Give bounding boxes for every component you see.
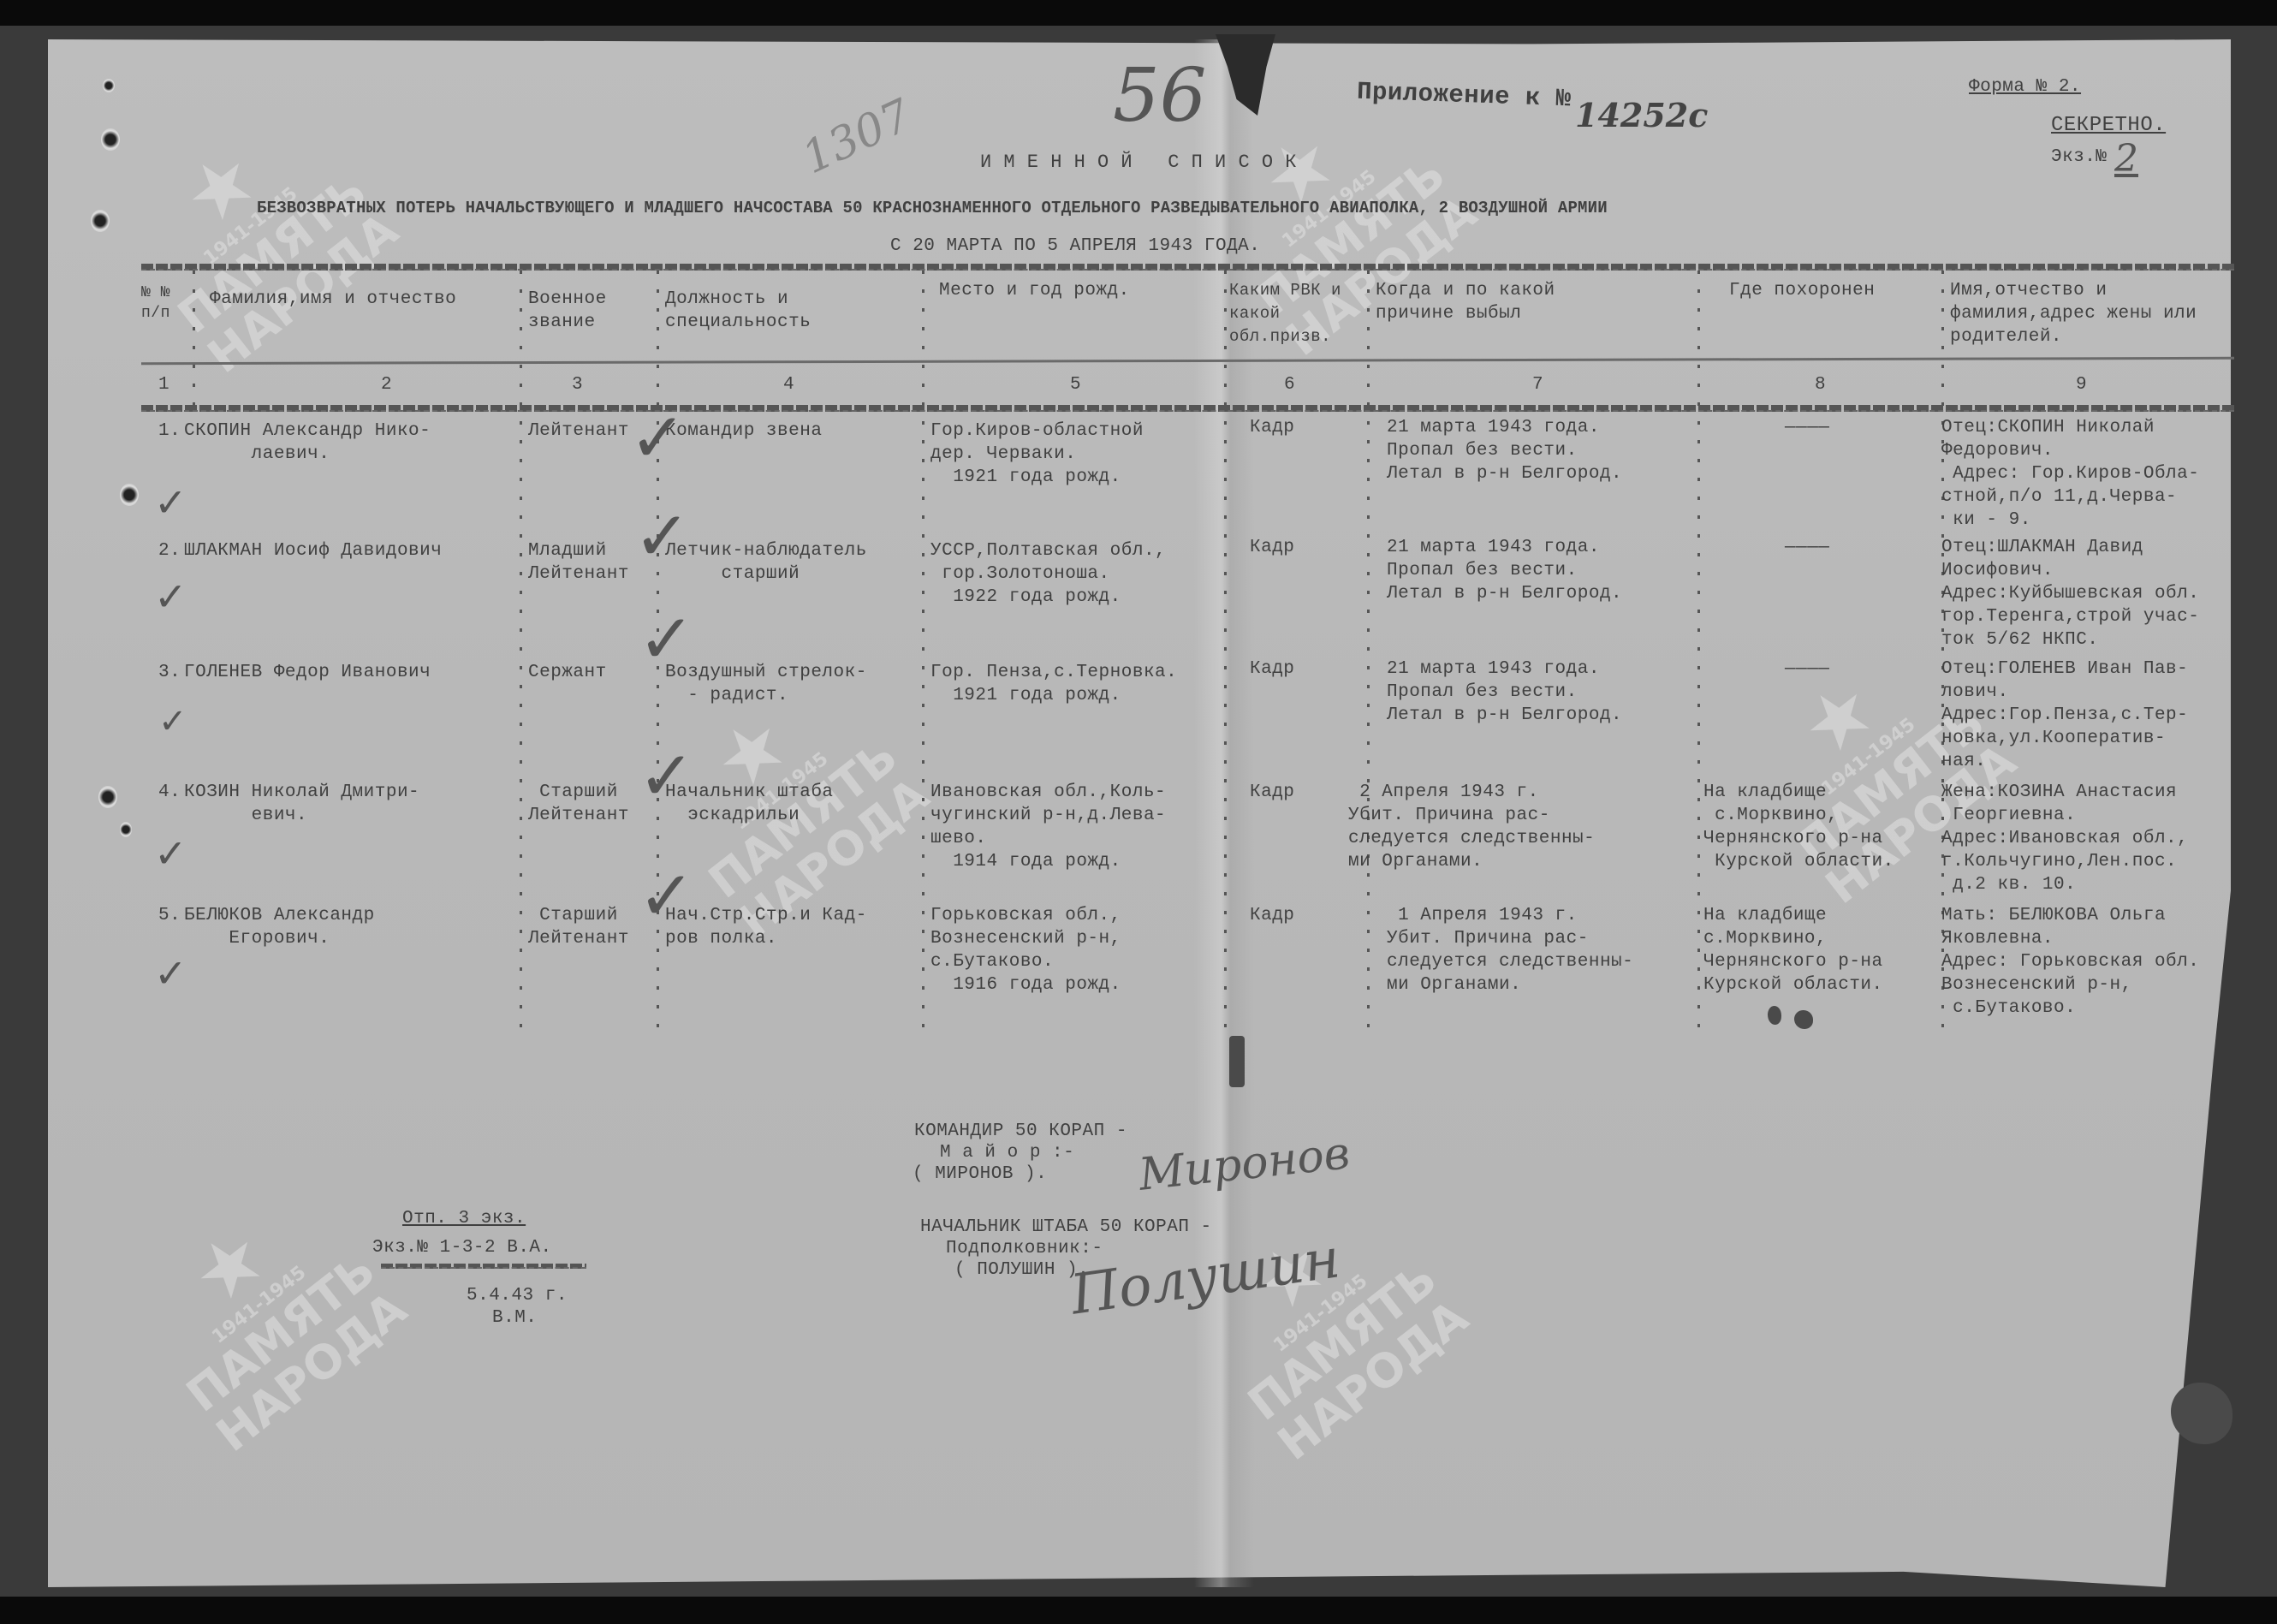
ink-blot [1794,1010,1813,1029]
column-header-8: Где похоронен [1729,279,1875,302]
column-number-4: 4 [783,373,794,396]
row-rank: Старший Лейтенант [528,781,629,827]
row-number: 5. [158,904,181,927]
check-mark-icon: ✓ [154,830,187,877]
copy-number: 2 [2114,137,2138,181]
commander-name: ( МИРОНОВ ). [913,1163,1047,1186]
row-rank: Старший Лейтенант [528,904,629,950]
row-name: СКОПИН Александр Нико- лаевич. [184,419,431,466]
row-birth: Гор. Пенза,с.Терновка. 1921 года рожд. [930,661,1177,707]
column-number-8: 8 [1815,373,1826,396]
commander-rank: М а й о р :- [940,1141,1074,1164]
document-period: С 20 МАРТА ПО 5 АПРЕЛЯ 1943 ГОДА. [890,235,1260,258]
check-mark-icon: ✓ [154,574,187,620]
appendix-number: 14252с [1575,96,1708,134]
column-divider [1367,271,1370,1041]
row-buried: ———— [1785,536,1829,559]
column-divider [1697,271,1700,1041]
row-relatives: Мать: БЕЛЮКОВА Ольга Яковлевна. Адрес: Г… [1941,904,2199,1020]
column-number-1: 1 [158,373,169,396]
row-draft: Кадр [1250,904,1294,927]
row-relatives: Жена:КОЗИНА Анастасия Георгиевна. Адрес:… [1941,781,2188,896]
document-subtitle: БЕЗВОЗВРАТНЫХ ПОТЕРЬ НАЧАЛЬСТВУЮЩЕГО И М… [257,197,1608,220]
table-top-rule [141,264,2234,271]
row-rank: Сержант [528,661,607,684]
row-number: 4. [158,781,181,804]
punch-hole [120,484,139,506]
row-buried: На кладбище с.Морквино, Чернянского р-на… [1703,781,1894,873]
column-number-3: 3 [572,373,583,396]
check-mark-icon: ✓ [154,479,187,526]
row-birth: УССР,Полтавская обл., гор.Золотоноша. 19… [930,539,1166,609]
row-rank: Лейтенант [528,419,629,443]
row-name: КОЗИН Николай Дмитри- евич. [184,781,419,827]
copies-distribution: Экз.№ 1-3-2 В.А. [372,1236,552,1259]
row-birth: Гор.Киров-областной дер. Черваки. 1921 г… [930,419,1144,489]
row-relatives: Отец:ШЛАКМАН Давид Иосифович. Адрес:Куйб… [1941,536,2199,651]
commander-title: КОМАНДИР 50 КОРАП - [914,1120,1127,1143]
check-mark-icon: ✓ [638,599,695,679]
column-number-7: 7 [1532,373,1543,396]
punch-hole [101,128,120,151]
column-header-4: Должность и специальность [665,288,862,334]
row-rank: Младший Лейтенант [528,539,629,586]
row-number: 3. [158,661,181,684]
column-number-5: 5 [1070,373,1081,396]
row-position: Летчик-наблюдатель старший [665,539,867,586]
secrecy-stamp: СЕКРЕТНО. [2051,114,2166,137]
chief-of-staff-title: НАЧАЛЬНИК ШТАБА 50 КОРАП - [920,1216,1212,1239]
row-draft: Кадр [1250,536,1294,559]
copy-label: Экз.№ [2051,146,2108,169]
column-divider [922,271,924,1041]
check-mark-icon: ✓ [638,856,695,936]
row-when: 21 марта 1943 года. Пропал без вести. Ле… [1387,536,1622,605]
check-mark-icon: ✓ [629,398,687,478]
check-mark-icon: ✓ [638,736,695,816]
row-position: Командир звена [665,419,822,443]
column-header-5: Место и год рожд. [939,279,1130,302]
column-header-3: Военное звание [528,288,652,334]
row-draft: Кадр [1250,657,1294,681]
row-relatives: Отец:ГОЛЕНЕВ Иван Пав- лович. Адрес:Гор.… [1941,657,2188,773]
punch-hole [91,210,110,232]
row-buried: На кладбище с.Морквино, Чернянского р-на… [1703,904,1883,996]
ink-blot [1229,1036,1245,1087]
ink-blot [2171,1383,2232,1444]
punch-hole [120,822,132,837]
column-header-7: Когда и по какой причине выбыл [1376,279,1598,325]
row-number: 2. [158,539,181,562]
column-number-9: 9 [2076,373,2087,396]
punch-hole [103,79,115,92]
row-number: 1. [158,419,181,443]
row-name: ШЛАКМАН Иосиф Давидович [184,539,442,562]
row-draft: Кадр [1250,416,1294,439]
column-header-9: Имя,отчество и фамилия,адрес жены или ро… [1950,279,2232,348]
row-name: БЕЛЮКОВ Александр Егорович. [184,904,375,950]
row-when: 2 Апреля 1943 г. Убит. Причина рас- след… [1348,781,1595,873]
column-divider [520,271,522,1041]
column-number-2: 2 [381,373,392,396]
row-position: Воздушный стрелок- - радист. [665,661,867,707]
row-when: 21 марта 1943 года. Пропал без вести. Ле… [1387,416,1622,485]
note-initials: В.М. [492,1306,537,1330]
row-birth: Ивановская обл.,Коль- чугинский р-н,д.Ле… [930,781,1166,873]
note-rule [381,1264,586,1269]
column-divider [1224,271,1227,1041]
check-mark-icon: ✓ [633,497,691,576]
check-mark-icon: ✓ [154,950,187,996]
row-when: 1 Апреля 1943 г. Убит. Причина рас- след… [1387,904,1633,996]
header-bottom-rule [141,405,2234,412]
handwritten-page-number: 56 [1113,53,1206,139]
check-mark-icon: ✓ [158,702,187,741]
row-position: Нач.Стр.Стр.и Кад- ров полка. [665,904,867,950]
ink-blot [1768,1006,1781,1025]
row-relatives: Отец:СКОПИН Николай Федорович. Адрес: Го… [1941,416,2199,532]
appendix-label: Приложение к № [1357,80,1572,111]
form-number: Форма № 2. [1969,75,2081,98]
document-title: И М Е Н Н О Й С П И С О К [980,151,1297,174]
chief-of-staff-rank: Подполковник:- [946,1237,1103,1260]
row-buried: ———— [1785,416,1829,439]
column-header-6: Каким РВК и какой обл.призв. [1229,279,1366,348]
note-date: 5.4.43 г. [467,1284,568,1307]
punch-hole [98,786,117,808]
column-header-1: № № п/п [141,283,193,324]
row-buried: ———— [1785,657,1829,681]
row-when: 21 марта 1943 года. Пропал без вести. Ле… [1387,657,1622,727]
column-divider [193,271,195,406]
column-header-2: Фамилия,имя и отчество [210,288,456,311]
column-number-6: 6 [1284,373,1295,396]
row-birth: Горьковская обл., Вознесенский р-н, с.Бу… [930,904,1121,996]
row-name: ГОЛЕНЕВ Федор Иванович [184,661,431,684]
row-draft: Кадр [1250,781,1294,804]
copies-line: Отп. 3 экз. [402,1207,526,1230]
